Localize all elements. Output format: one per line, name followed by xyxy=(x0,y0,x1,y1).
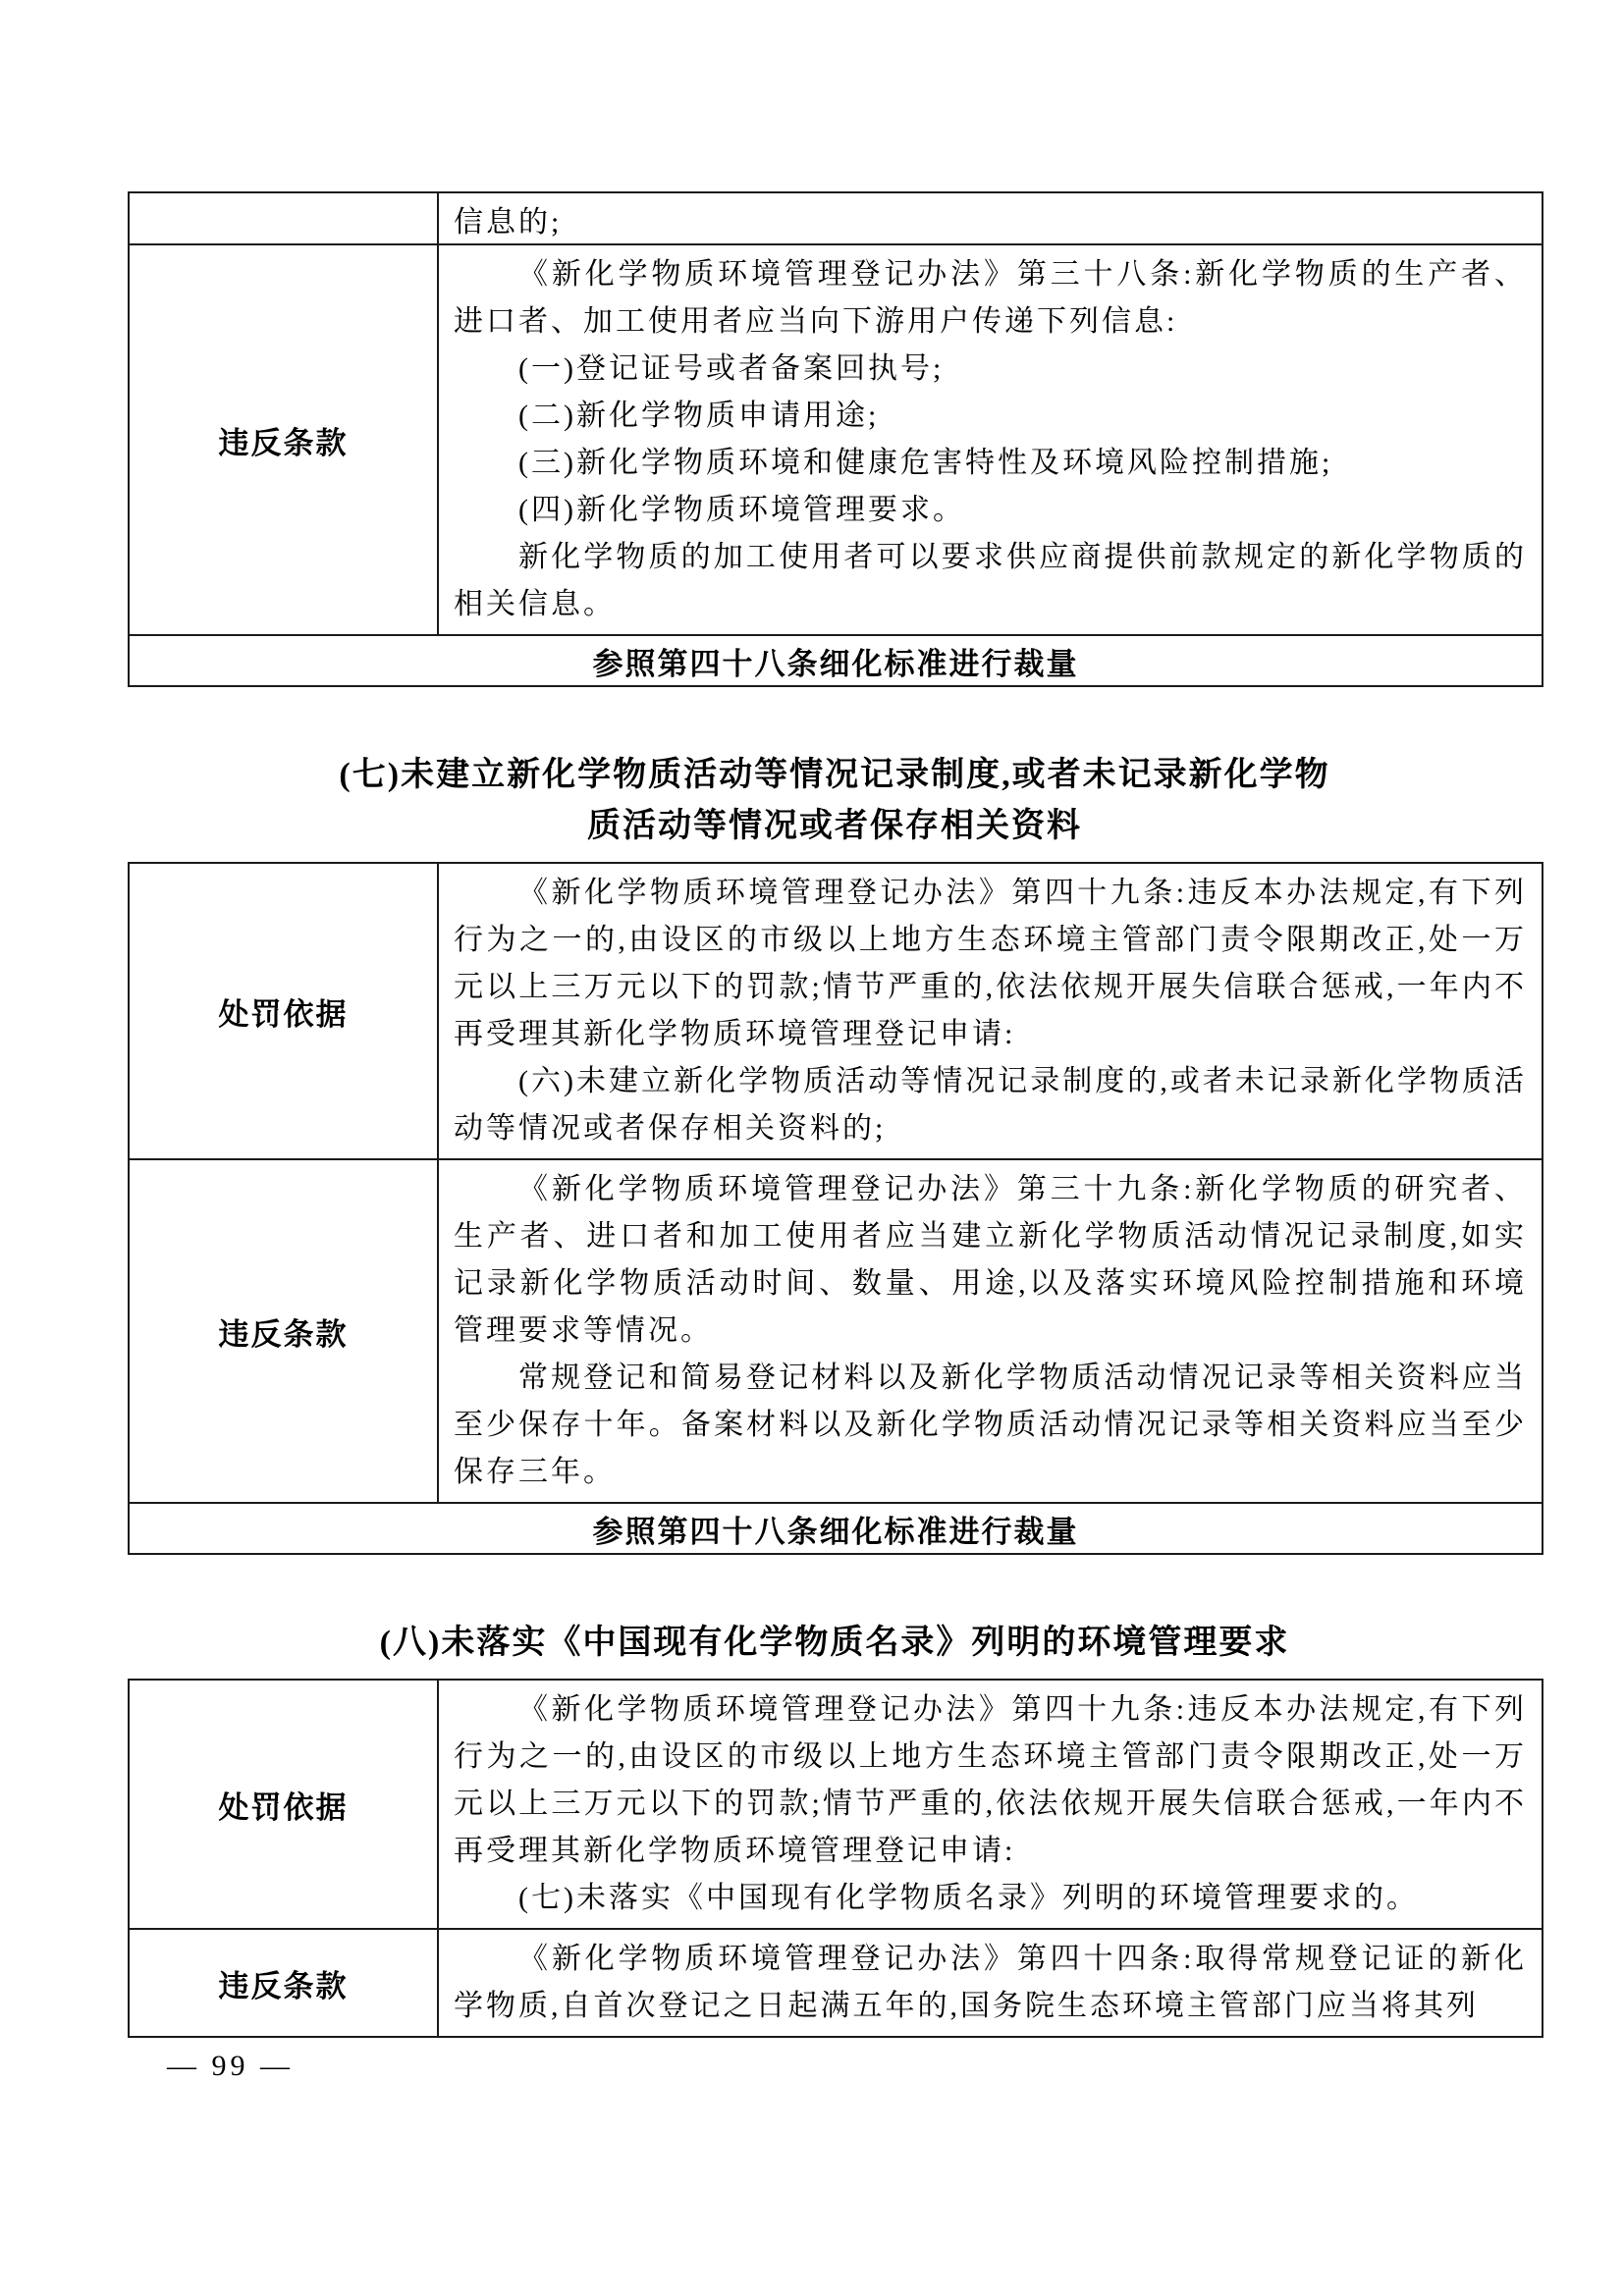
ruling-standard-text: 参照第四十八条细化标准进行裁量 xyxy=(129,1503,1543,1554)
paragraph: 《新化学物质环境管理登记办法》第四十四条:取得常规登记证的新化学物质,自首次登记… xyxy=(454,1936,1527,2030)
continuation-text: 信息的; xyxy=(438,192,1543,244)
paragraph: (二)新化学物质申请用途; xyxy=(454,393,1527,440)
paragraph: 新化学物质的加工使用者可以要求供应商提供前款规定的新化学物质的相关信息。 xyxy=(454,534,1527,628)
table-row: 信息的; xyxy=(129,192,1543,244)
empty-label-cell xyxy=(129,192,438,244)
section-8-heading: (八)未落实《中国现有化学物质名录》列明的环境管理要求 xyxy=(128,1618,1542,1669)
section-7-heading: (七)未建立新化学物质活动等情况记录制度,或者未记录新化学物 质活动等情况或者保… xyxy=(128,750,1542,852)
penalty-basis-text: 《新化学物质环境管理登记办法》第四十九条:违反本办法规定,有下列行为之一的,由设… xyxy=(438,1680,1543,1929)
paragraph: 常规登记和简易登记材料以及新化学物质活动情况记录等相关资料应当至少保存十年。备案… xyxy=(454,1355,1527,1496)
section-7-heading-line1: (七)未建立新化学物质活动等情况记录制度,或者未记录新化学物 xyxy=(128,750,1542,801)
section-7-heading-line2: 质活动等情况或者保存相关资料 xyxy=(128,801,1542,852)
paragraph: (七)未落实《中国现有化学物质名录》列明的环境管理要求的。 xyxy=(454,1875,1527,1922)
penalty-basis-text: 《新化学物质环境管理登记办法》第四十九条:违反本办法规定,有下列行为之一的,由设… xyxy=(438,863,1543,1159)
violation-clause-text: 《新化学物质环境管理登记办法》第四十四条:取得常规登记证的新化学物质,自首次登记… xyxy=(438,1929,1543,2037)
paragraph: (四)新化学物质环境管理要求。 xyxy=(454,487,1527,534)
paragraph: 《新化学物质环境管理登记办法》第三十八条:新化学物质的生产者、进口者、加工使用者… xyxy=(454,251,1527,346)
table-row: 处罚依据 《新化学物质环境管理登记办法》第四十九条:违反本办法规定,有下列行为之… xyxy=(129,1680,1543,1929)
penalty-basis-label: 处罚依据 xyxy=(129,1680,438,1929)
page-content: 信息的; 违反条款 《新化学物质环境管理登记办法》第三十八条:新化学物质的生产者… xyxy=(128,191,1542,2038)
page-number: — 99 — xyxy=(167,2050,294,2083)
penalty-table-section-8: 处罚依据 《新化学物质环境管理登记办法》第四十九条:违反本办法规定,有下列行为之… xyxy=(128,1679,1543,2038)
violation-clause-label: 违反条款 xyxy=(129,244,438,635)
document-page: 信息的; 违反条款 《新化学物质环境管理登记办法》第三十八条:新化学物质的生产者… xyxy=(0,0,1624,2296)
violation-clause-text: 《新化学物质环境管理登记办法》第三十八条:新化学物质的生产者、进口者、加工使用者… xyxy=(438,244,1543,635)
table-row: 违反条款 《新化学物质环境管理登记办法》第三十八条:新化学物质的生产者、进口者、… xyxy=(129,244,1543,635)
penalty-table-section-7: 处罚依据 《新化学物质环境管理登记办法》第四十九条:违反本办法规定,有下列行为之… xyxy=(128,862,1543,1555)
table-row: 参照第四十八条细化标准进行裁量 xyxy=(129,635,1543,686)
table-row: 处罚依据 《新化学物质环境管理登记办法》第四十九条:违反本办法规定,有下列行为之… xyxy=(129,863,1543,1159)
ruling-standard-text: 参照第四十八条细化标准进行裁量 xyxy=(129,635,1543,686)
paragraph: 《新化学物质环境管理登记办法》第四十九条:违反本办法规定,有下列行为之一的,由设… xyxy=(454,870,1527,1058)
paragraph: 《新化学物质环境管理登记办法》第三十九条:新化学物质的研究者、生产者、进口者和加… xyxy=(454,1166,1527,1355)
table-row: 参照第四十八条细化标准进行裁量 xyxy=(129,1503,1543,1554)
violation-clause-text: 《新化学物质环境管理登记办法》第三十九条:新化学物质的研究者、生产者、进口者和加… xyxy=(438,1159,1543,1503)
penalty-basis-label: 处罚依据 xyxy=(129,863,438,1159)
violation-clause-label: 违反条款 xyxy=(129,1929,438,2037)
table-row: 违反条款 《新化学物质环境管理登记办法》第三十九条:新化学物质的研究者、生产者、… xyxy=(129,1159,1543,1503)
paragraph: 《新化学物质环境管理登记办法》第四十九条:违反本办法规定,有下列行为之一的,由设… xyxy=(454,1686,1527,1875)
paragraph: (三)新化学物质环境和健康危害特性及环境风险控制措施; xyxy=(454,440,1527,487)
paragraph: (六)未建立新化学物质活动等情况记录制度的,或者未记录新化学物质活动等情况或者保… xyxy=(454,1058,1527,1152)
penalty-table-article-38: 信息的; 违反条款 《新化学物质环境管理登记办法》第三十八条:新化学物质的生产者… xyxy=(128,191,1543,687)
table-row: 违反条款 《新化学物质环境管理登记办法》第四十四条:取得常规登记证的新化学物质,… xyxy=(129,1929,1543,2037)
paragraph: (一)登记证号或者备案回执号; xyxy=(454,346,1527,393)
violation-clause-label: 违反条款 xyxy=(129,1159,438,1503)
